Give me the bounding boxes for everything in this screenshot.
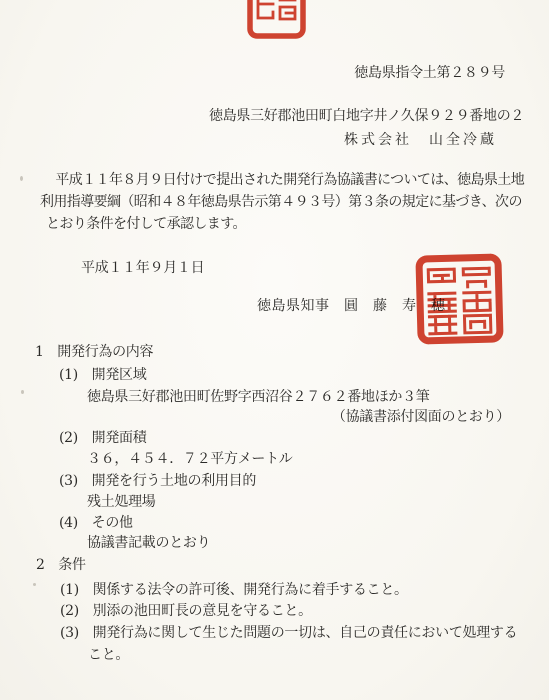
section2-item2: (2) 別添の池田町長の意見を守ること。: [60, 602, 312, 620]
section1-item1-label: (1) 開発区域: [59, 366, 146, 384]
scan-speck: [20, 176, 23, 181]
section1-item3-label: (3) 開発を行う土地の利用目的: [59, 472, 256, 490]
section1-item1-value: 徳島県三好郡池田町佐野字西沼谷２７６２番地ほか３筆: [87, 388, 430, 406]
section1-item2-label: (2) 開発面積: [59, 429, 146, 447]
body-line-1: 平成１１年８月９日付けで提出された開発行為協議書については、徳島県土地: [42, 171, 524, 189]
header-red-seal-icon: [247, 0, 306, 39]
issue-date: 平成１１年９月１日: [81, 259, 204, 277]
section1-heading: 1 開発行為の内容: [35, 343, 153, 361]
body-line-2: 利用指導要綱（昭和４８年徳島県告示第４９３号）第３条の規定に基づき、次の: [40, 193, 522, 211]
body-line-3: とおり条件を付して承認します。: [46, 215, 246, 233]
recipient-name: 株式会社 山全冷蔵: [344, 131, 497, 149]
governor-seal-icon: [415, 253, 504, 345]
section1-item1-note: （協議書添付図面のとおり）: [332, 408, 510, 426]
scanned-document-page: 徳島県指令土第２８９号 徳島県三好郡池田町白地字井ノ久保９２９番地の２ 株式会社…: [0, 0, 549, 700]
section1-item4-value: 協議書記載のとおり: [87, 534, 210, 552]
section2-item3-line2: こと。: [88, 646, 129, 664]
section1-item2-value: ３６，４５４．７２平方メートル: [87, 450, 293, 468]
scan-speck: [33, 583, 36, 586]
section2-item3-line1: (3) 開発行為に関して生じた問題の一切は、自己の責任において処理する: [60, 624, 517, 642]
section2-item1: (1) 関係する法令の許可後、開発行為に着手すること。: [60, 581, 408, 599]
section2-heading: 2 条件: [36, 556, 86, 574]
section1-item4-label: (4) その他: [59, 514, 133, 532]
section1-item3-value: 残土処理場: [87, 493, 156, 511]
doc-number: 徳島県指令土第２８９号: [354, 64, 505, 82]
recipient-address: 徳島県三好郡池田町白地字井ノ久保９２９番地の２: [209, 107, 524, 125]
scan-speck: [21, 390, 24, 394]
